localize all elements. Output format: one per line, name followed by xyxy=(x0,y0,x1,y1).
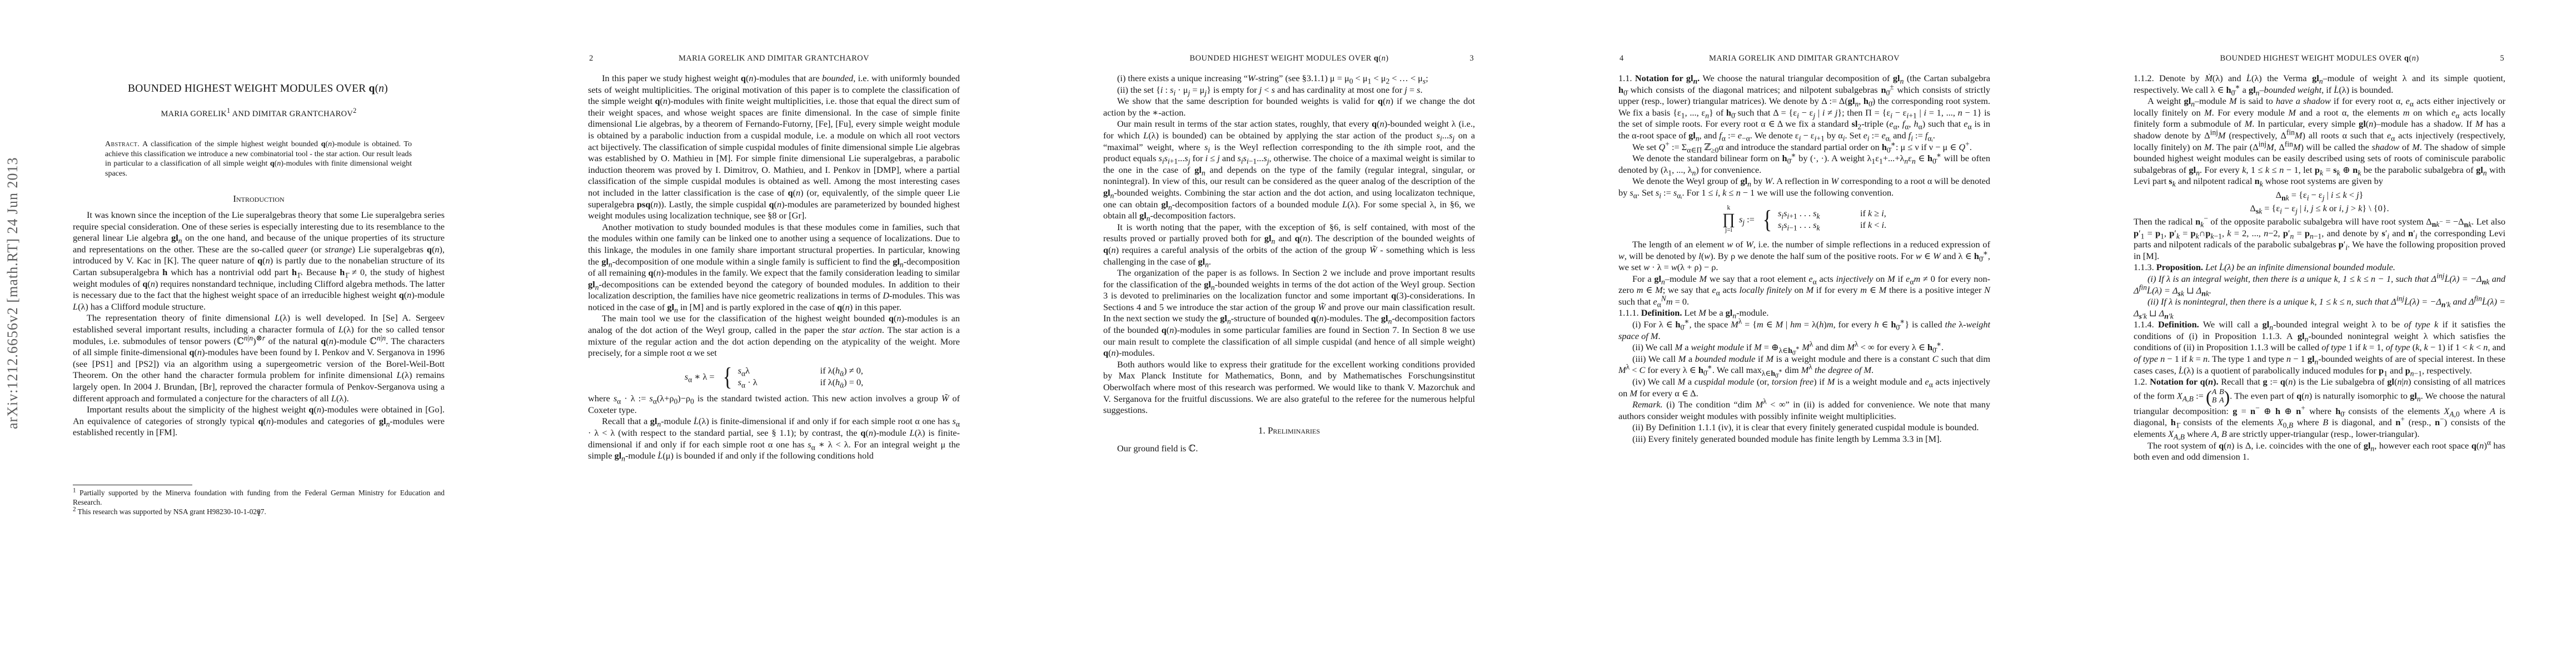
proposition-item: (i) If λ is an integral weight, then the… xyxy=(2134,273,2505,296)
page-3: BOUNDED HIGHEST WEIGHT MODULES OVER q(n)… xyxy=(1030,0,1546,667)
equation-cases: sαλ if λ(hᾱ) ≠ 0, sα · λ if λ(hᾱ) = 0, xyxy=(738,365,864,388)
page-1: arXiv:1212.6656v2 [math.RT] 24 Jun 2013 … xyxy=(0,0,515,667)
paragraph: The main tool we use for the classificat… xyxy=(588,313,960,359)
case-formula: sαλ xyxy=(738,365,804,376)
paragraph: It is worth noting that the paper, with … xyxy=(1103,222,1475,267)
paragraph: We show that the same description for bo… xyxy=(1103,96,1475,118)
page-5-body: 1.1.2. Denote by Ṁ(λ) and L̇(λ) the Verm… xyxy=(2134,73,2505,463)
case-row: sisi+1 . . . sk if k ≥ i, xyxy=(1778,208,1886,219)
page-4: 4 MARIA GORELIK AND DIMITAR GRANTCHAROV … xyxy=(1546,0,2061,667)
page-5: BOUNDED HIGHEST WEIGHT MODULES OVER q(n)… xyxy=(2061,0,2576,667)
case-condition: if λ(hᾱ) = 0, xyxy=(820,377,864,388)
equation-product-convention: k ∏ j=i sj := { sisi+1 . . . sk if k ≥ i… xyxy=(1618,205,1990,234)
paragraph: The length of an element w of W, i.e. th… xyxy=(1618,239,1990,273)
subsection-notation-qn: 1.2. Notation for q(n). Recall that g :=… xyxy=(2134,376,2505,440)
display-equation-root-system-sk: Δsk = {εi − εj | i, j ≤ k or i, j > k} \… xyxy=(2134,203,2505,214)
list-item: (i) there exists a unique increasing “W-… xyxy=(1103,73,1475,84)
running-title: MARIA GORELIK AND DIMITAR GRANTCHAROV xyxy=(588,54,960,63)
running-header: 4 MARIA GORELIK AND DIMITAR GRANTCHAROV xyxy=(1618,54,1990,63)
paragraph: Another motivation to study bounded modu… xyxy=(588,222,960,313)
case-condition: if λ(hᾱ) ≠ 0, xyxy=(820,365,863,376)
display-equation-root-system-nk: Δnk = {εi − εj | i ≤ k < j} xyxy=(2134,190,2505,201)
remark-item: (iii) Every finitely generated bounded m… xyxy=(1618,434,1990,445)
footnote-1: 1 Partially supported by the Minerva fou… xyxy=(73,489,445,507)
definition-item: (i) For λ ∈ h0̄∗, the space Mλ = {m ∈ M … xyxy=(1618,319,1990,342)
page-number: 4 xyxy=(1620,54,1624,63)
page-2: 2 MARIA GORELIK AND DIMITAR GRANTCHAROV … xyxy=(515,0,1030,667)
product-operator: k ∏ j=i xyxy=(1722,205,1735,234)
acknowledgements: Both authors would like to express their… xyxy=(1103,359,1475,416)
cases-brace: { xyxy=(1763,208,1772,231)
page-4-body: 1.1. Notation for gln. We choose the nat… xyxy=(1618,73,1990,445)
running-title: MARIA GORELIK AND DIMITAR GRANTCHAROV xyxy=(1618,54,1990,63)
paragraph: In this paper we study highest weight q(… xyxy=(588,73,960,222)
case-condition: if k ≥ i, xyxy=(1860,208,1886,219)
case-formula: sisi−1 . . . sk xyxy=(1778,220,1843,231)
page-number: 3 xyxy=(1469,54,1474,63)
definition-item: (ii) We call M a weight module if M = ⊕λ… xyxy=(1618,342,1990,354)
equation-lhs: sα ∗ λ = xyxy=(685,371,715,382)
abstract: Abstract. A classification of the simple… xyxy=(105,140,412,178)
case-row: sα · λ if λ(hᾱ) = 0, xyxy=(738,377,864,388)
subsection-notation-gln: 1.1. Notation for gln. We choose the nat… xyxy=(1618,73,1990,142)
paragraph: The root system of q(n) is Δ, i.e. coinc… xyxy=(2134,440,2505,463)
paragraph: For a gln–module M we say that a root el… xyxy=(1618,273,1990,308)
remark: Remark. (i) The condition “dim Mλ < ∞” i… xyxy=(1618,399,1990,422)
paper-authors: MARIA GORELIK1 AND DIMITAR GRANTCHAROV2 xyxy=(73,109,445,119)
section-heading-preliminaries: 1. Preliminaries xyxy=(1103,425,1475,436)
paragraph: We denote the standard bilinear form on … xyxy=(1618,153,1990,176)
document-pages: arXiv:1212.6656v2 [math.RT] 24 Jun 2013 … xyxy=(0,0,2576,667)
paragraph: Recall that a gln-module L̇(λ) is finite… xyxy=(588,416,960,461)
proposition-1-1-3: 1.1.3. Proposition. Let L̇(λ) be an infi… xyxy=(2134,262,2505,273)
page-3-body: (i) there exists a unique increasing “W-… xyxy=(1103,73,1475,454)
paragraph: Then the radical nk− of the opposite par… xyxy=(2134,216,2505,262)
paper-title: BOUNDED HIGHEST WEIGHT MODULES OVER q(n) xyxy=(63,83,452,95)
definition-1-1-4: 1.1.4. Definition. We will call a gln-bo… xyxy=(2134,319,2505,376)
cases-brace: { xyxy=(723,365,732,388)
definition-1-1-1: 1.1.1. Definition. Let M be a gln-module… xyxy=(1618,307,1990,319)
paragraph-1-1-2: 1.1.2. Denote by Ṁ(λ) and L̇(λ) the Verm… xyxy=(2134,73,2505,96)
running-title: BOUNDED HIGHEST WEIGHT MODULES OVER q(n) xyxy=(1103,54,1475,63)
arxiv-watermark: arXiv:1212.6656v2 [math.RT] 24 Jun 2013 xyxy=(4,138,21,429)
page-2-body: In this paper we study highest weight q(… xyxy=(588,73,960,462)
remark-item: (ii) By Definition 1.1.1 (iv), it is cle… xyxy=(1618,422,1990,434)
paragraph: Important results about the simplicity o… xyxy=(73,404,445,439)
case-formula: sα · λ xyxy=(738,377,804,388)
paragraph: The representation theory of finite dime… xyxy=(73,312,445,404)
paragraph: A weight gln–module M is said to have a … xyxy=(2134,96,2505,187)
case-row: sαλ if λ(hᾱ) ≠ 0, xyxy=(738,365,864,376)
running-header: 2 MARIA GORELIK AND DIMITAR GRANTCHAROV xyxy=(588,54,960,63)
running-header: BOUNDED HIGHEST WEIGHT MODULES OVER q(n)… xyxy=(2134,54,2505,63)
case-row: sisi−1 . . . sk if k < i. xyxy=(1778,220,1886,231)
page-number: 1 xyxy=(73,509,445,519)
section-heading-introduction: Introduction xyxy=(73,193,445,205)
paragraph: Our main result in terms of the star act… xyxy=(1103,118,1475,221)
product-lower-limit: j=i xyxy=(1725,227,1732,234)
proposition-item: (ii) If λ is nonintegral, then there is … xyxy=(2134,296,2505,319)
paragraph: We denote the Weyl group of gln by W. A … xyxy=(1618,176,1990,198)
case-formula: sisi+1 . . . sk xyxy=(1778,208,1843,219)
equation-lhs: sj := xyxy=(1739,214,1755,225)
paragraph: where sα · λ := sα(λ+ρ0)−ρ0 is the stand… xyxy=(588,393,960,416)
page-number: 2 xyxy=(589,54,594,63)
equation-star-action: sα ∗ λ = { sαλ if λ(hᾱ) ≠ 0, sα · λ if λ… xyxy=(588,365,960,388)
paragraph: It was known since the inception of the … xyxy=(73,210,445,312)
running-title: BOUNDED HIGHEST WEIGHT MODULES OVER q(n) xyxy=(2134,54,2505,63)
page-number: 5 xyxy=(2500,54,2504,63)
definition-item: (iv) We call M a cuspidal module (or, to… xyxy=(1618,376,1990,399)
equation-cases: sisi+1 . . . sk if k ≥ i, sisi−1 . . . s… xyxy=(1778,208,1886,231)
running-header: BOUNDED HIGHEST WEIGHT MODULES OVER q(n)… xyxy=(1103,54,1475,63)
paragraph: We set Q+ := Σα∈Π ℤ≥0α and introduce the… xyxy=(1618,142,1990,153)
paragraph: The organization of the paper is as foll… xyxy=(1103,267,1475,359)
definition-item: (iii) We call M a bounded module if M is… xyxy=(1618,354,1990,376)
list-item: (ii) the set {i : si · μj = μj} is empty… xyxy=(1103,84,1475,96)
page-1-body: It was known since the inception of the … xyxy=(73,210,445,439)
product-symbol: ∏ xyxy=(1722,211,1735,227)
paragraph: Our ground field is ℂ. xyxy=(1103,443,1475,455)
case-condition: if k < i. xyxy=(1860,220,1886,231)
footnote-rule xyxy=(73,485,192,485)
